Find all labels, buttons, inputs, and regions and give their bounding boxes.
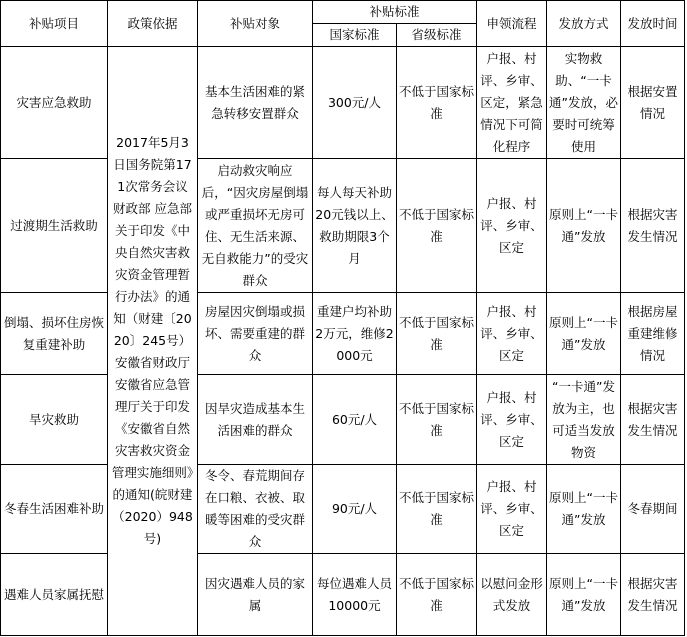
- cell-time: 冬春期间: [621, 465, 685, 554]
- cell-item: 倒塌、损坏住房恢复重建补助: [1, 293, 108, 375]
- header-provincial: 省级标准: [397, 24, 477, 47]
- cell-policy-basis: 2017年5月3日国务院第171次常务会议 财政部 应急部关于印发《中央自然灾害…: [108, 47, 198, 636]
- cell-process: 以慰问金形式发放: [477, 554, 547, 636]
- cell-provincial: 不低于国家标准: [397, 47, 477, 159]
- header-method: 发放方式: [547, 1, 621, 47]
- cell-target: 因灾遇难人员的家属: [198, 554, 313, 636]
- cell-method: 实物救助、“一卡通”发放，必要时可统筹使用: [547, 47, 621, 159]
- header-process: 申领流程: [477, 1, 547, 47]
- cell-provincial: 不低于国家标准: [397, 465, 477, 554]
- cell-target: 启动救灾响应后，“因灾房屋倒塌或严重损坏无房可住、无生活来源、无自救能力”的受灾…: [198, 159, 313, 293]
- cell-item: 冬春生活困难补助: [1, 465, 108, 554]
- cell-target: 冬令、春荒期间存在口粮、衣被、取暖等困难的受灾群众: [198, 465, 313, 554]
- cell-method: 原则上“一卡通”发放: [547, 293, 621, 375]
- table-row: 倒塌、损坏住房恢复重建补助 房屋因灾倒塌或损坏、需要重建的群众 重建户均补助2万…: [1, 293, 685, 375]
- header-row: 补贴项目 政策依据 补贴对象 补贴标准 申领流程 发放方式 发放时间: [1, 1, 685, 24]
- cell-process: 户报、村评、乡审、区定: [477, 465, 547, 554]
- subsidy-table: 补贴项目 政策依据 补贴对象 补贴标准 申领流程 发放方式 发放时间 国家标准 …: [0, 0, 685, 636]
- header-time: 发放时间: [621, 1, 685, 47]
- cell-process: 户报、村评、乡审、区定: [477, 375, 547, 465]
- header-national: 国家标准: [313, 24, 397, 47]
- cell-method: 原则上“一卡通”发放: [547, 554, 621, 636]
- cell-national: 每人每天补助20元钱以上、救助期限3个月: [313, 159, 397, 293]
- cell-provincial: 不低于国家标准: [397, 159, 477, 293]
- table-row: 旱灾救助 因旱灾造成基本生活困难的群众 60元/人 不低于国家标准 户报、村评、…: [1, 375, 685, 465]
- header-policy: 政策依据: [108, 1, 198, 47]
- table-row: 过渡期生活救助 启动救灾响应后，“因灾房屋倒塌或严重损坏无房可住、无生活来源、无…: [1, 159, 685, 293]
- cell-provincial: 不低于国家标准: [397, 554, 477, 636]
- cell-method: 原则上“一卡通”发放: [547, 159, 621, 293]
- header-item: 补贴项目: [1, 1, 108, 47]
- cell-process: 户报、村评、乡审、区定，紧急情况下可简化程序: [477, 47, 547, 159]
- cell-process: 户报、村评、乡审、区定: [477, 159, 547, 293]
- cell-item: 过渡期生活救助: [1, 159, 108, 293]
- cell-target: 房屋因灾倒塌或损坏、需要重建的群众: [198, 293, 313, 375]
- cell-method: “一卡通”发放为主，也可适当发放物资: [547, 375, 621, 465]
- table-row: 冬春生活困难补助 冬令、春荒期间存在口粮、衣被、取暖等困难的受灾群众 90元/人…: [1, 465, 685, 554]
- cell-time: 根据灾害发生情况: [621, 159, 685, 293]
- cell-provincial: 不低于国家标准: [397, 293, 477, 375]
- cell-item: 旱灾救助: [1, 375, 108, 465]
- cell-national: 90元/人: [313, 465, 397, 554]
- cell-target: 因旱灾造成基本生活困难的群众: [198, 375, 313, 465]
- table-row: 灾害应急救助 2017年5月3日国务院第171次常务会议 财政部 应急部关于印发…: [1, 47, 685, 159]
- cell-item: 灾害应急救助: [1, 47, 108, 159]
- header-standard-group: 补贴标准: [313, 1, 477, 24]
- cell-time: 根据房屋重建维修情况: [621, 293, 685, 375]
- header-target: 补贴对象: [198, 1, 313, 47]
- cell-item: 遇难人员家属抚慰: [1, 554, 108, 636]
- cell-target: 基本生活困难的紧急转移安置群众: [198, 47, 313, 159]
- cell-national: 重建户均补助2万元，维修2000元: [313, 293, 397, 375]
- cell-time: 根据灾害发生情况: [621, 554, 685, 636]
- cell-national: 每位遇难人员10000元: [313, 554, 397, 636]
- table-row: 遇难人员家属抚慰 因灾遇难人员的家属 每位遇难人员10000元 不低于国家标准 …: [1, 554, 685, 636]
- cell-national: 300元/人: [313, 47, 397, 159]
- cell-national: 60元/人: [313, 375, 397, 465]
- cell-process: 户报、村评、乡审、区定: [477, 293, 547, 375]
- cell-time: 根据安置情况: [621, 47, 685, 159]
- cell-method: 原则上“一卡通”发放: [547, 465, 621, 554]
- cell-time: 根据灾害发生情况: [621, 375, 685, 465]
- cell-provincial: 不低于国家标准: [397, 375, 477, 465]
